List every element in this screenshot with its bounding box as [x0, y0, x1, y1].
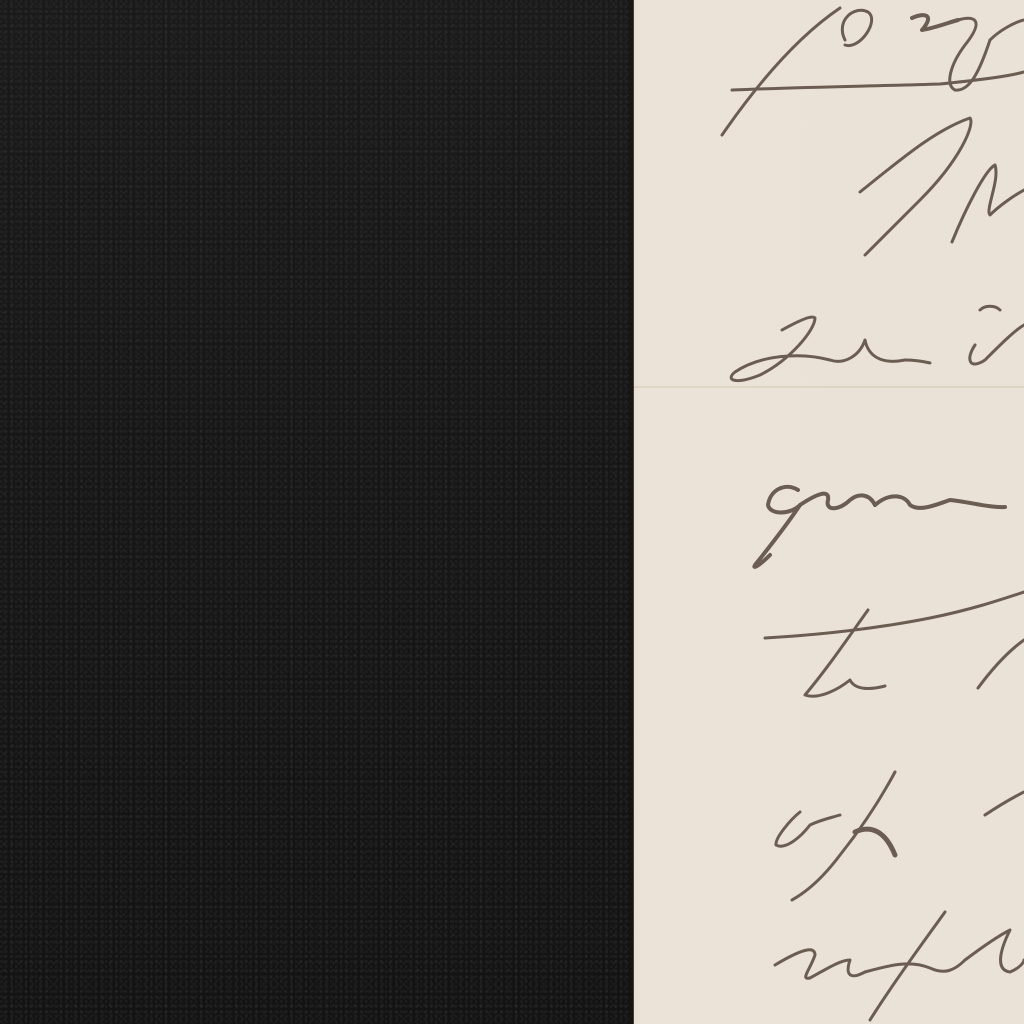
handwriting-line-3 — [731, 306, 1024, 380]
handwriting-ink — [0, 0, 1024, 1024]
handwriting-line-5 — [765, 592, 1024, 696]
photo-scene: pry… M… Lol it… geven to … of … refle… — [0, 0, 1024, 1024]
handwriting-line-1 — [722, 8, 1024, 135]
handwriting-line-6 — [776, 772, 1024, 900]
handwriting-line-2 — [860, 118, 1024, 255]
handwriting-line-7 — [775, 912, 1024, 1020]
handwriting-line-4 — [754, 487, 1005, 567]
